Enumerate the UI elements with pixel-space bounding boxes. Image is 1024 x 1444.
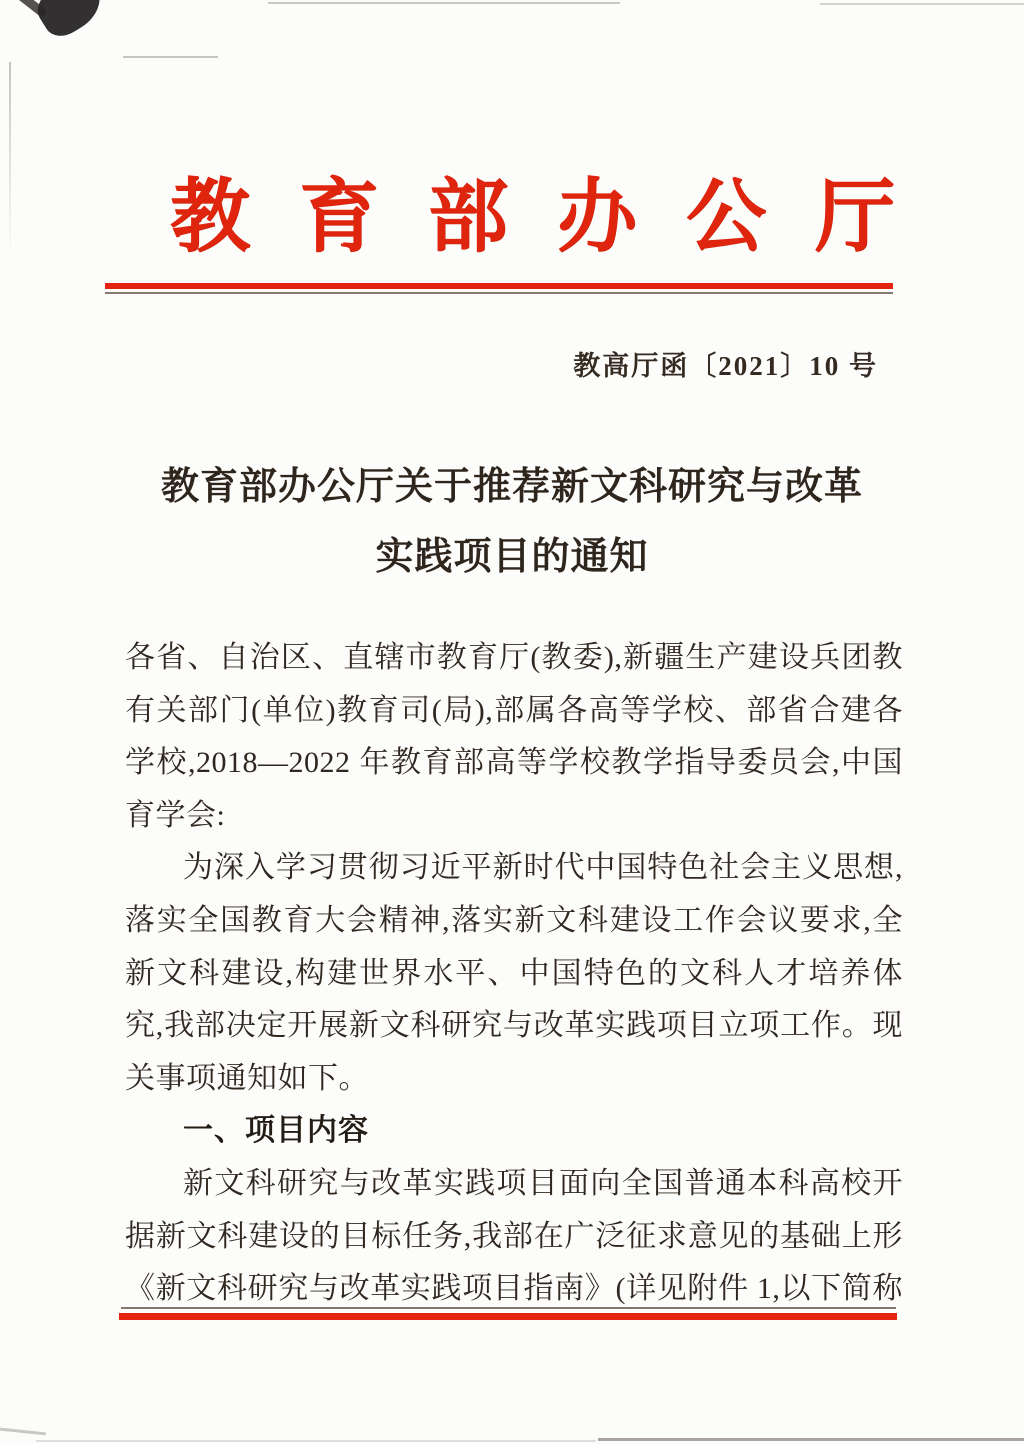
document-body: 各省、自治区、直辖市教育厅(教委),新疆生产建设兵团教育局, 有关部门(单位)教… (125, 632, 903, 1316)
footer-rule-red (119, 1313, 897, 1320)
body-line-recipients-1: 各省、自治区、直辖市教育厅(教委),新疆生产建设兵团教育局, (125, 632, 903, 685)
scan-artifact-corner-stroke (6, 0, 48, 18)
body-line-para1-2: 落实全国教育大会精神,落实新文科建设工作会议要求,全面推进 (125, 895, 903, 948)
document-title-line2: 实践项目的通知 (0, 522, 1024, 592)
scan-artifact-top-edge-right (820, 3, 1024, 5)
body-line-recipients-2: 有关部门(单位)教育司(局),部属各高等学校、部省合建各高等 (125, 685, 903, 738)
letterhead-title: 教育部办公厅 (170, 178, 944, 258)
body-line-para2-2: 据新文科建设的目标任务,我部在广泛征求意见的基础上形成了 (125, 1211, 903, 1264)
scanned-document-page: 教育部办公厅 教高厅函〔2021〕10 号 教育部办公厅关于推荐新文科研究与改革… (0, 0, 1024, 1444)
scan-artifact-corner-dashes (123, 56, 218, 58)
body-line-para1-1: 为深入学习贯彻习近平新时代中国特色社会主义思想,贯彻 (125, 842, 903, 895)
body-line-para1-5: 关事项通知如下。 (125, 1053, 903, 1106)
document-title-line1: 教育部办公厅关于推荐新文科研究与改革 (0, 452, 1024, 522)
body-line-recipients-4: 育学会: (125, 790, 903, 843)
scan-artifact-corner-blob (30, 0, 110, 43)
header-rule-thin (105, 292, 893, 294)
document-number: 教高厅函〔2021〕10 号 (573, 344, 878, 383)
body-line-recipients-3: 学校,2018—2022 年教育部高等学校教学指导委员会,中国高等教 (125, 737, 903, 790)
body-line-para1-3: 新文科建设,构建世界水平、中国特色的文科人才培养体系,经研 (125, 948, 903, 1001)
scan-artifact-bottom-edge-faint (36, 1440, 596, 1442)
scan-artifact-top-edge (268, 2, 620, 4)
section-heading-1: 一、项目内容 (125, 1105, 903, 1158)
scan-artifact-bottom-edge (598, 1438, 1024, 1441)
body-line-para2-1: 新文科研究与改革实践项目面向全国普通本科高校开展。根 (125, 1158, 903, 1211)
scan-artifact-left-edge (9, 62, 11, 257)
header-rule-red (105, 283, 893, 289)
body-line-para1-4: 究,我部决定开展新文科研究与改革实践项目立项工作。现就有 (125, 1000, 903, 1053)
footer-rule-thin (121, 1307, 896, 1309)
document-title: 教育部办公厅关于推荐新文科研究与改革 实践项目的通知 (0, 452, 1024, 592)
scan-artifact-bottom-corner (0, 1428, 46, 1436)
